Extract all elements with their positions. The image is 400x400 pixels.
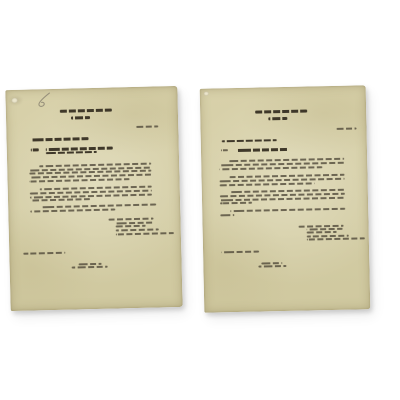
typed-text-line [258, 265, 286, 268]
typed-text-line [30, 208, 115, 212]
typed-text-line [136, 125, 158, 128]
typed-text-line [221, 251, 259, 254]
pencil-scribble-glyph [35, 92, 52, 108]
typed-text-line [307, 234, 349, 237]
typed-text-line [31, 148, 39, 151]
typed-text-line [79, 263, 102, 266]
photo-of-two-typed-letters [0, 0, 400, 400]
typed-text-line [23, 251, 65, 254]
typed-letter-right [200, 85, 371, 312]
typed-text-line [307, 237, 365, 240]
typed-text-line [307, 231, 337, 234]
typed-text-line [220, 196, 345, 201]
typed-text-line [268, 117, 287, 120]
typed-text-line [30, 198, 90, 201]
punch-hole [204, 92, 209, 96]
typed-text-line [116, 232, 174, 235]
typed-text-line [261, 262, 282, 264]
typed-text-line [219, 162, 344, 167]
typed-text-line [31, 137, 89, 141]
typed-text-line [29, 174, 151, 179]
typed-text-line [220, 214, 234, 216]
typed-text-line [46, 147, 113, 151]
typed-text-line [40, 203, 156, 208]
typed-text-line [255, 110, 307, 114]
typed-letter-left [5, 86, 182, 311]
typed-text-line [222, 139, 277, 143]
typed-text-line [108, 218, 153, 221]
pencil-scribble-icon [35, 92, 52, 108]
typed-text-line [220, 178, 345, 183]
typed-text-line [307, 228, 343, 231]
typed-text-line [221, 149, 228, 151]
typed-text-line [116, 229, 159, 232]
typed-text-line [71, 116, 90, 119]
typed-text-line [230, 208, 345, 212]
typed-text-line [116, 225, 146, 228]
typed-text-line [60, 109, 112, 113]
typed-text-line [116, 221, 154, 224]
typed-text-line [237, 148, 288, 152]
typed-text-line [46, 151, 97, 155]
typed-text-line [220, 202, 252, 205]
typed-text-line [220, 182, 315, 186]
typed-text-line [219, 166, 322, 170]
typed-text-line [30, 178, 130, 182]
typed-text-line [337, 127, 357, 129]
typed-text-line [72, 266, 108, 269]
